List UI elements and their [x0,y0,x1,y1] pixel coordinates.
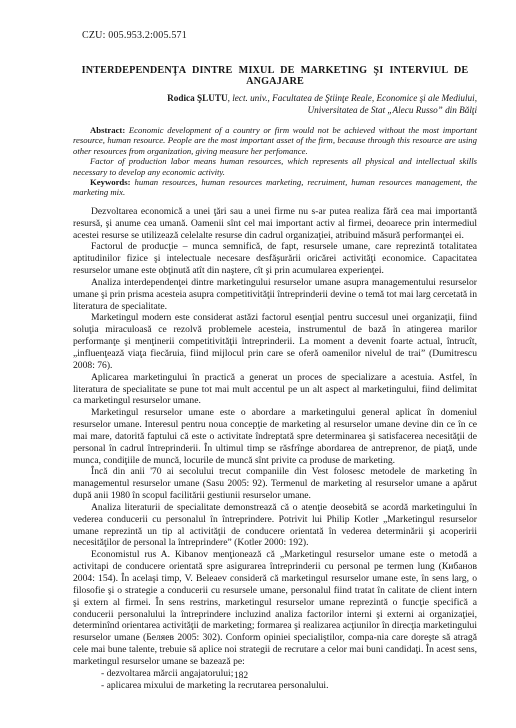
author-block: Rodica ŞLUTU, lect. univ., Facultatea de… [73,92,477,116]
paragraph: Analiza interdependenţei dintre marketin… [73,277,477,313]
paragraph: Marketingul modern este considerat astăz… [73,312,477,371]
paragraph: Economistul rus A. Kibanov menţionează c… [73,549,477,667]
keywords-text: human resources, human resources marketi… [73,177,477,197]
author-line-1: Rodica ŞLUTU, lect. univ., Facultatea de… [73,92,477,104]
abstract-paragraph: Abstract: Economic development of a coun… [73,125,477,156]
abstract-label: Abstract: [90,125,125,135]
paper-page: CZU: 005.953.2:005.571 INTERDEPENDENŢA D… [0,0,516,728]
czu-classification: CZU: 005.953.2:005.571 [73,30,477,41]
keywords-label: Keywords: [90,177,131,187]
author-affiliation: , lect. univ., Facultatea de Ştiinţe Rea… [228,93,477,103]
paragraph: Încă din anii '70 ai secolului trecut co… [73,466,477,502]
paragraph: Analiza literaturii de specialitate demo… [73,502,477,549]
paragraph: Marketingul resurselor umane este o abor… [73,407,477,466]
paper-title: INTERDEPENDENŢA DINTRE MIXUL DE MARKETIN… [73,65,477,87]
abstract-paragraph: Factor of production labor means human r… [73,156,477,177]
keywords-paragraph: Keywords: human resources, human resourc… [73,177,477,198]
abstract-text: Economic development of a country or fir… [73,125,477,156]
author-university: Universitatea de Stat „Alecu Russo” din … [308,105,477,115]
list-item: - aplicarea mixului de marketing la recr… [73,680,477,692]
paragraph: Dezvoltarea economică a unei ţări sau a … [73,206,477,242]
body-paragraphs: Dezvoltarea economică a unei ţări sau a … [73,206,477,692]
paragraph: Factorul de producţie – munca semnifică,… [73,241,477,277]
paragraph: Aplicarea marketingului în practică a ge… [73,372,477,408]
abstract-section: Abstract: Economic development of a coun… [73,125,477,198]
author-name: Rodica ŞLUTU [167,93,228,103]
author-line-2: Universitatea de Stat „Alecu Russo” din … [73,104,477,116]
page-number: 182 [0,671,482,681]
